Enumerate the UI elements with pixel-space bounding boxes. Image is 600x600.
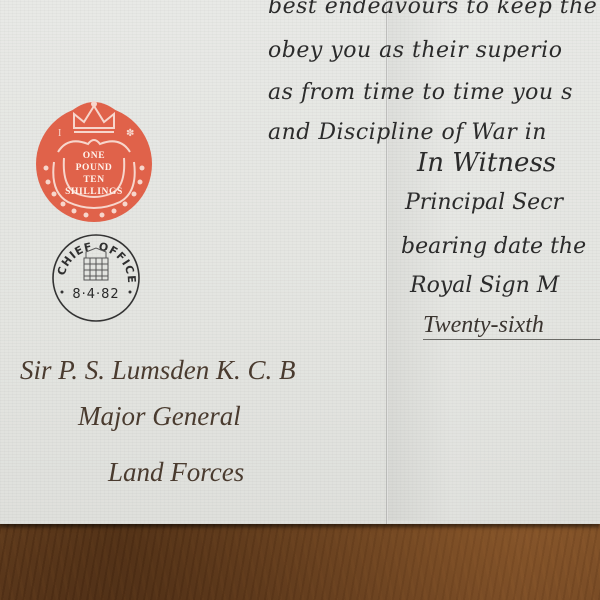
chief-office-postmark: CHIEF OFFICE 8·4·82 [50, 232, 142, 324]
body-line: best endeavours to keep the [268, 0, 597, 19]
stamp-line: POUND [28, 162, 160, 174]
witness-line: bearing date the [401, 234, 586, 259]
postmark-ring-icon: CHIEF OFFICE [50, 232, 142, 324]
recipient-rank: Major General [78, 401, 241, 432]
body-line: obey you as their superio [268, 38, 562, 63]
postmark-date: 8·4·82 [50, 287, 142, 302]
body-line: as from time to time you s [268, 80, 573, 105]
witness-line: Royal Sign M [410, 273, 559, 298]
recipient-unit: Land Forces [108, 457, 244, 488]
fold-crease [386, 0, 388, 524]
witness-line: In Witness [417, 148, 556, 178]
document-page: best endeavours to keep the obey you as … [0, 0, 600, 524]
stamp-line: TEN [28, 174, 160, 186]
svg-text:I: I [58, 128, 61, 139]
svg-text:✽: ✽ [126, 128, 134, 139]
witness-line: Principal Secr [405, 190, 563, 215]
paper-right-panel [388, 0, 600, 520]
recipient-name: Sir P. S. Lumsden K. C. B [20, 355, 296, 386]
revenue-tax-stamp: I ✽ ONE POUND TEN SHILLINGS [28, 92, 160, 224]
body-line: and Discipline of War in [268, 120, 547, 145]
witness-date-handwritten: Twenty-sixth [423, 312, 600, 340]
stamp-denomination: ONE POUND TEN SHILLINGS [28, 150, 160, 198]
stamp-line: ONE [28, 150, 160, 162]
stamp-line: SHILLINGS [28, 186, 160, 198]
